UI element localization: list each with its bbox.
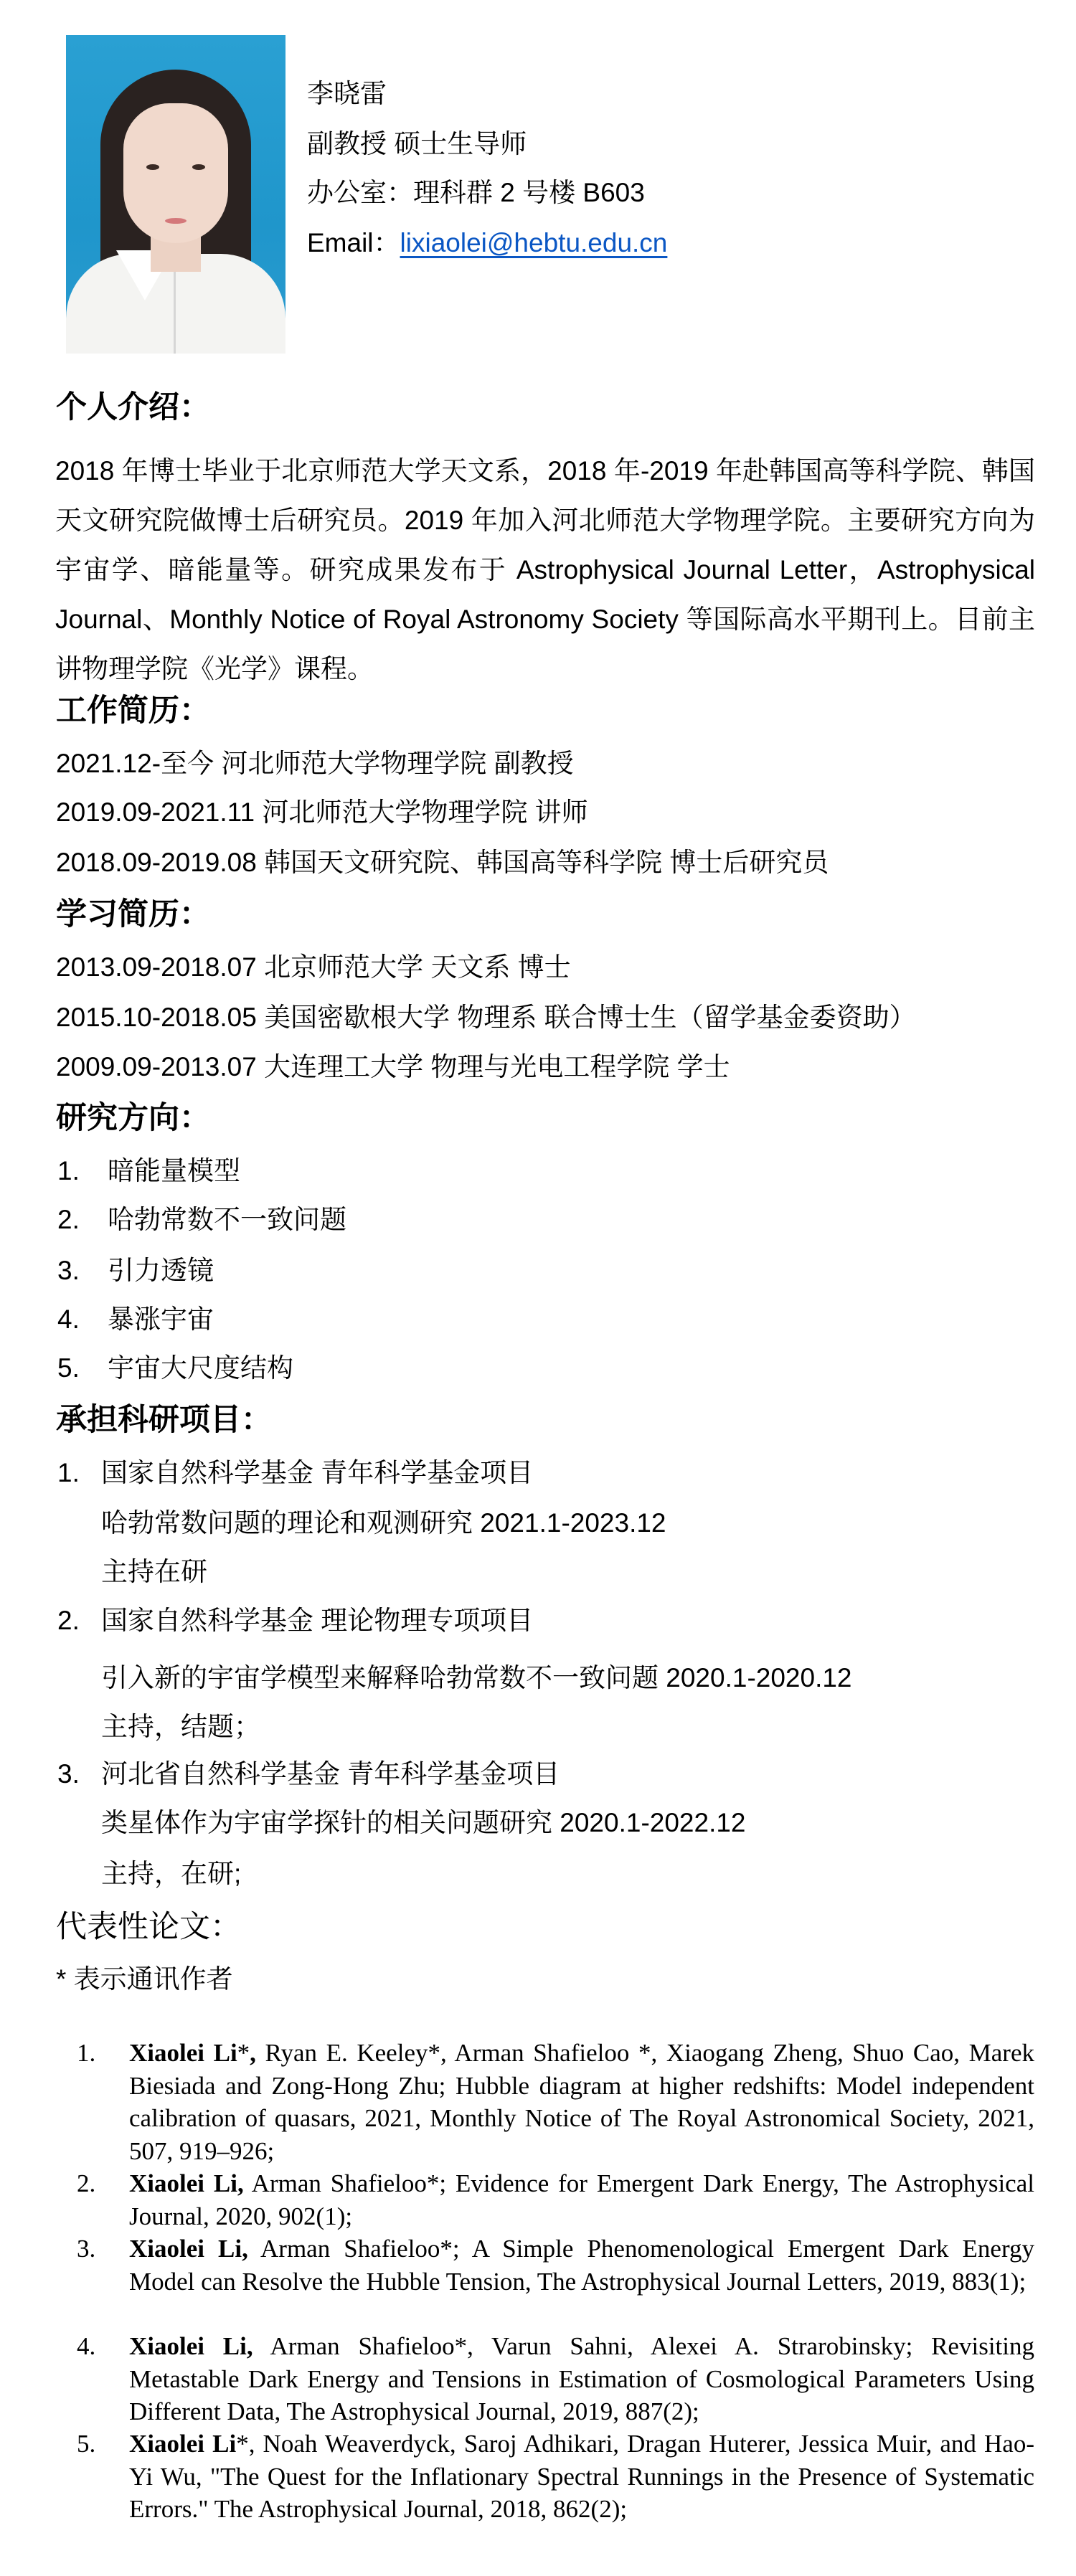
project-num: 2. bbox=[57, 1607, 80, 1634]
research-num: 5. bbox=[57, 1355, 80, 1381]
paper-citation: Xiaolei Li*, Ryan E. Keeley*, Arman Shaf… bbox=[129, 2037, 1034, 2167]
research-item: 宇宙大尺度结构 bbox=[108, 1355, 293, 1381]
paper-item: 1. Xiaolei Li*, Ryan E. Keeley*, Arman S… bbox=[77, 2037, 1034, 2167]
profile-title: 副教授 硕士生导师 bbox=[307, 131, 527, 157]
work-heading: 工作简历： bbox=[56, 696, 210, 726]
project-num: 1. bbox=[57, 1459, 80, 1486]
paper-rest: Arman Shafieloo*; Evidence for Emergent … bbox=[129, 2169, 1034, 2230]
photo-mouth bbox=[165, 218, 187, 224]
profile-email-row: Email：lixiaolei@hebtu.edu.cn bbox=[307, 229, 667, 256]
project-topic: 哈勃常数问题的理论和观测研究 2021.1-2023.12 bbox=[101, 1510, 666, 1536]
research-heading: 研究方向： bbox=[56, 1103, 210, 1134]
research-item: 暗能量模型 bbox=[108, 1157, 240, 1184]
papers-note: * 表示通讯作者 bbox=[56, 1966, 233, 1992]
project-num: 3. bbox=[57, 1761, 80, 1787]
photo-eye bbox=[192, 164, 205, 170]
research-num: 1. bbox=[57, 1157, 80, 1184]
profile-office: 办公室：理科群 2 号楼 B603 bbox=[307, 179, 645, 206]
photo-placket bbox=[174, 272, 176, 354]
paper-author-self: Xiaolei Li bbox=[129, 2039, 237, 2067]
paper-num: 5. bbox=[77, 2428, 95, 2461]
paper-num: 3. bbox=[77, 2232, 95, 2265]
paper-num: 4. bbox=[77, 2330, 95, 2363]
intro-heading: 个人介绍： bbox=[56, 392, 210, 423]
paper-corresponding-mark: * bbox=[236, 2430, 249, 2458]
portrait-photo bbox=[66, 35, 285, 354]
paper-rest: , Noah Weaverdyck, Saroj Adhikari, Draga… bbox=[129, 2430, 1034, 2523]
photo-eye bbox=[146, 164, 159, 170]
research-item: 引力透镜 bbox=[108, 1257, 214, 1284]
research-num: 2. bbox=[57, 1206, 80, 1233]
paper-citation: Xiaolei Li, Arman Shafieloo*; Evidence f… bbox=[129, 2167, 1034, 2232]
paper-citation: Xiaolei Li, Arman Shafieloo*, Varun Sahn… bbox=[129, 2330, 1034, 2428]
paper-rest: Ryan E. Keeley*, Arman Shafieloo *, Xiao… bbox=[129, 2039, 1034, 2165]
education-item: 2009.09-2013.07 大连理工大学 物理与光电工程学院 学士 bbox=[56, 1053, 730, 1080]
paper-num: 2. bbox=[77, 2167, 95, 2200]
project-status: 主持，在研; bbox=[101, 1860, 241, 1887]
project-status: 主持，结题； bbox=[101, 1713, 260, 1740]
paper-item: 3. Xiaolei Li, Arman Shafieloo*; A Simpl… bbox=[77, 2232, 1034, 2298]
research-num: 4. bbox=[57, 1306, 80, 1332]
work-item: 2021.12-至今 河北师范大学物理学院 副教授 bbox=[56, 750, 574, 777]
project-topic: 类星体作为宇宙学探针的相关问题研究 2020.1-2022.12 bbox=[101, 1809, 746, 1836]
education-item: 2015.10-2018.05 美国密歇根大学 物理系 联合博士生（留学基金委资… bbox=[56, 1004, 916, 1031]
education-item: 2013.09-2018.07 北京师范大学 天文系 博士 bbox=[56, 954, 571, 980]
paper-author-self: Xiaolei Li, bbox=[129, 2169, 244, 2197]
profile-name: 李晓雷 bbox=[307, 80, 387, 107]
projects-heading: 承担科研项目： bbox=[56, 1405, 272, 1436]
email-label: Email： bbox=[307, 228, 400, 257]
paper-item: 4. Xiaolei Li, Arman Shafieloo*, Varun S… bbox=[77, 2330, 1034, 2428]
paper-item: 2. Xiaolei Li, Arman Shafieloo*; Evidenc… bbox=[77, 2167, 1034, 2232]
work-item: 2018.09-2019.08 韩国天文研究院、韩国高等科学院 博士后研究员 bbox=[56, 849, 829, 876]
paper-author-self: Xiaolei Li, bbox=[129, 2235, 248, 2263]
project-status: 主持在研 bbox=[101, 1558, 207, 1585]
papers-heading: 代表性论文： bbox=[56, 1912, 241, 1943]
project-fund: 国家自然科学基金 青年科学基金项目 bbox=[101, 1459, 533, 1486]
research-item: 暴涨宇宙 bbox=[108, 1306, 214, 1332]
paper-item: 5. Xiaolei Li*, Noah Weaverdyck, Saroj A… bbox=[77, 2428, 1034, 2526]
project-topic: 引入新的宇宙学模型来解释哈勃常数不一致问题 2020.1-2020.12 bbox=[101, 1665, 852, 1691]
research-num: 3. bbox=[57, 1257, 80, 1284]
paper-rest: Arman Shafieloo*; A Simple Phenomenologi… bbox=[129, 2235, 1034, 2296]
paper-citation: Xiaolei Li*, Noah Weaverdyck, Saroj Adhi… bbox=[129, 2428, 1034, 2526]
email-link[interactable]: lixiaolei@hebtu.edu.cn bbox=[400, 228, 668, 257]
paper-num: 1. bbox=[77, 2037, 95, 2070]
project-fund: 河北省自然科学基金 青年科学基金项目 bbox=[101, 1761, 560, 1787]
paper-author-self: Xiaolei Li, bbox=[129, 2332, 253, 2360]
paper-author-self: Xiaolei Li bbox=[129, 2430, 236, 2458]
paper-citation: Xiaolei Li, Arman Shafieloo*; A Simple P… bbox=[129, 2232, 1034, 2298]
research-item: 哈勃常数不一致问题 bbox=[108, 1206, 346, 1233]
project-fund: 国家自然科学基金 理论物理专项项目 bbox=[101, 1607, 533, 1634]
education-heading: 学习简历： bbox=[56, 899, 210, 930]
paper-author-comma: , bbox=[250, 2039, 256, 2067]
work-item: 2019.09-2021.11 河北师范大学物理学院 讲师 bbox=[56, 799, 588, 825]
intro-paragraph: 2018 年博士毕业于北京师范大学天文系，2018 年-2019 年赴韩国高等科… bbox=[55, 446, 1035, 693]
paper-rest: Arman Shafieloo*, Varun Sahni, Alexei A.… bbox=[129, 2332, 1034, 2425]
paper-corresponding-mark: * bbox=[237, 2039, 250, 2067]
